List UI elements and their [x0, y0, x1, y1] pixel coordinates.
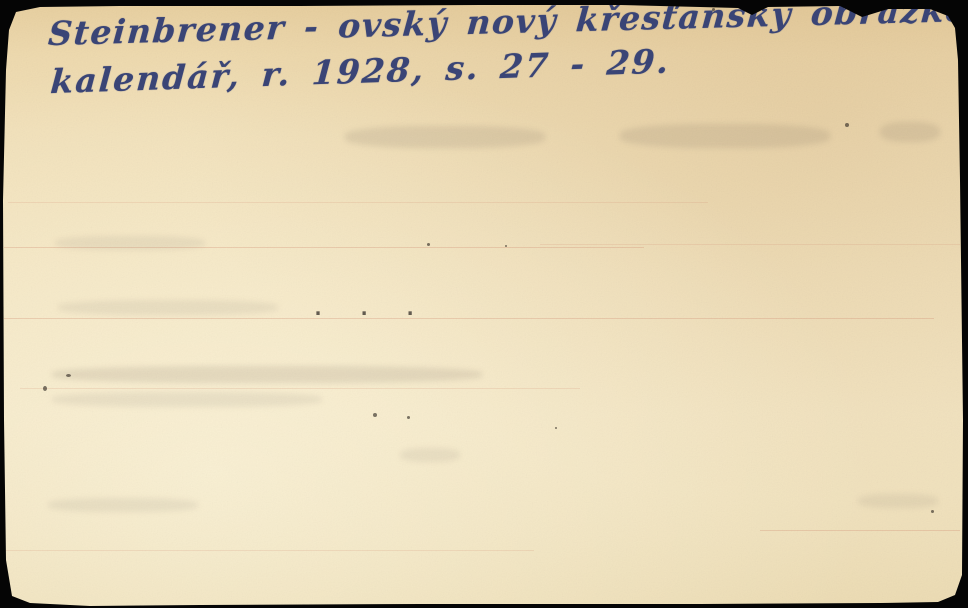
index-card-paper: . . . Steinbrener - ovský nový křesťansk… — [0, 0, 968, 608]
ruled-line — [20, 388, 580, 389]
ghost-bleedthrough-mark — [620, 124, 830, 148]
ghost-bleedthrough-mark — [400, 448, 460, 462]
dust-speck — [845, 123, 849, 127]
dust-speck — [373, 413, 377, 417]
scanned-index-card-page: . . . Steinbrener - ovský nový křesťansk… — [0, 0, 968, 608]
handwritten-annotation: Steinbrener - ovský nový křesťanský obrá… — [50, 14, 950, 101]
ghost-bleedthrough-mark — [345, 126, 545, 148]
ghost-bleedthrough-mark — [52, 392, 322, 407]
ruled-line — [4, 318, 934, 319]
ruled-line — [760, 530, 960, 531]
dust-speck — [407, 416, 410, 419]
dust-speck — [427, 243, 430, 246]
ghost-bleedthrough-mark — [48, 498, 198, 512]
typed-ellipsis: . . . — [312, 296, 427, 320]
ruled-line — [540, 244, 960, 245]
dust-speck — [555, 427, 557, 429]
dust-speck — [43, 386, 47, 391]
ruled-line — [4, 550, 534, 551]
ghost-bleedthrough-mark — [858, 494, 938, 508]
dust-speck — [505, 245, 507, 247]
ruled-line — [8, 202, 708, 203]
ghost-bleedthrough-mark — [55, 236, 205, 250]
dust-speck — [931, 510, 934, 513]
ghost-bleedthrough-mark — [880, 122, 940, 142]
dust-speck — [66, 374, 71, 377]
ghost-bleedthrough-mark — [58, 300, 278, 315]
ghost-bleedthrough-mark — [52, 366, 482, 383]
